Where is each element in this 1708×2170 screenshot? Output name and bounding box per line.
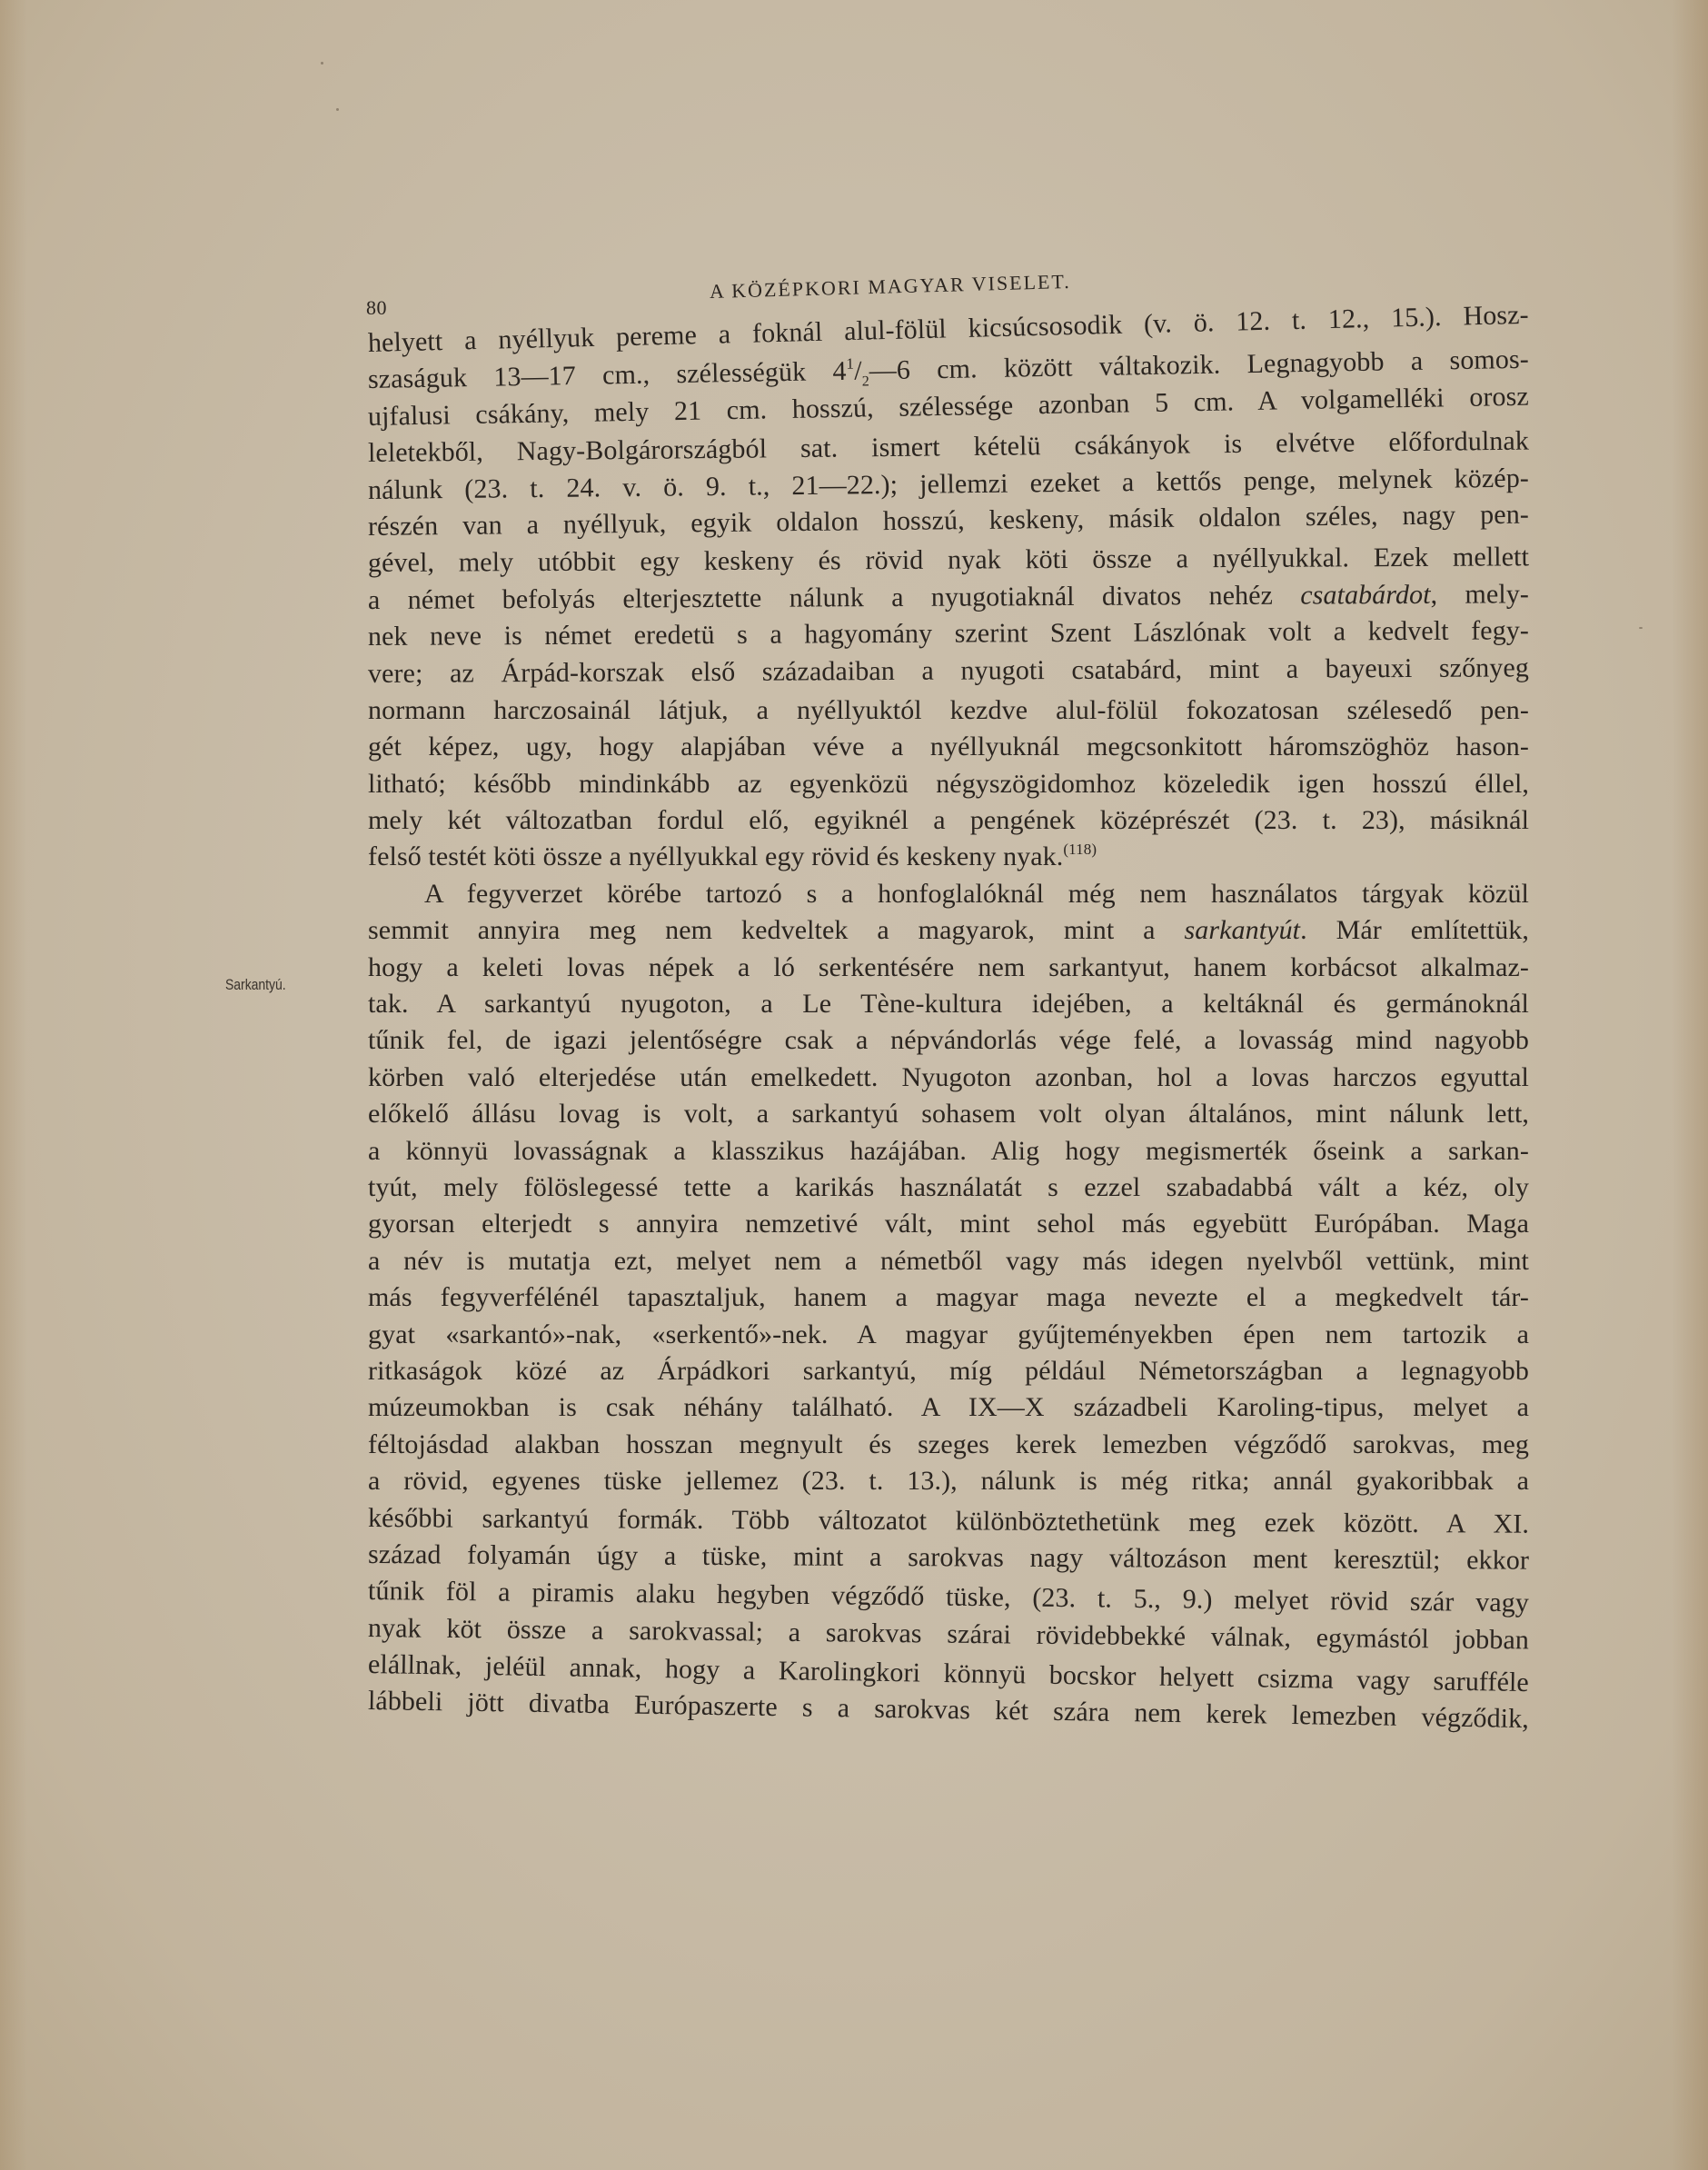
line-text: vere; az Árpád-korszak első századaiban … [368, 652, 1529, 689]
line-text: a név is mutatja ezt, melyet nem a német… [368, 1246, 1529, 1276]
text-line: múzeumokban is csak néhány található. A … [368, 1389, 1529, 1426]
text-line: más fegyverfélénél tapasztaljuk, hanem a… [368, 1279, 1529, 1316]
text-line: század folyamán úgy a tüske, mint a saro… [368, 1537, 1529, 1579]
italic-term: csatabárdot [1300, 580, 1430, 611]
line-text: a német befolyás elterjesztette nálunk a… [368, 580, 1300, 614]
line-text: ritkaságok közé az Árpádkori sarkantyú, … [368, 1356, 1529, 1386]
line-text: mely két változatban fordul elő, egyikné… [368, 805, 1529, 835]
paragraph-1: helyett a nyéllyuk pereme a foknál alul-… [368, 325, 1529, 876]
line-text: körben való elterjedése után emelkedett.… [368, 1062, 1529, 1092]
text-line: semmit annyira meg nem kedveltek a magya… [368, 912, 1529, 949]
line-text: gét képez, ugy, hogy alapjában véve a ny… [368, 732, 1529, 761]
text-line: vere; az Árpád-korszak első századaiban … [368, 650, 1529, 692]
text-line: a német befolyás elterjesztette nálunk a… [368, 576, 1529, 619]
text-line: tak. A sarkantyú nyugoton, a Le Tène-kul… [368, 986, 1529, 1022]
line-text: gyorsan elterjedt s annyira nemzetivé vá… [368, 1209, 1529, 1239]
line-text: a könnyü lovasságnak a klasszikus hazájá… [368, 1136, 1529, 1166]
text-line: a rövid, egyenes tüske jellemez (23. t. … [368, 1463, 1529, 1499]
line-text: A fegyverzet körébe tartozó s a honfogla… [424, 879, 1529, 909]
text-line: a könnyü lovasságnak a klasszikus hazájá… [368, 1133, 1529, 1170]
text-line: nek neve is német eredetü s a hagyomány … [368, 612, 1529, 655]
paper-speck [336, 108, 339, 111]
footnote-reference[interactable]: (118) [1063, 841, 1097, 858]
text-line: gével, mely utóbbit egy keskeny és rövid… [368, 540, 1529, 582]
line-text: , mely- [1431, 579, 1530, 610]
line-text: gyat «sarkantó»-nak, «serkentő»-nek. A m… [368, 1319, 1529, 1349]
text-line: gyat «sarkantó»-nak, «serkentő»-nek. A m… [368, 1317, 1529, 1353]
page-edge-shadow-left [0, 0, 27, 2170]
line-text: tűnik fel, de igazi jelentőségre csak a … [368, 1025, 1529, 1055]
line-text: litható; később mindinkább az egyenközü … [368, 769, 1529, 799]
text-line: normann harczosainál látjuk, a nyéllyukt… [368, 692, 1529, 729]
page-number: 80 [366, 296, 387, 320]
fraction-denominator: 2 [862, 374, 869, 390]
text-line: körben való elterjedése után emelkedett.… [368, 1060, 1529, 1096]
line-text: század folyamán úgy a tüske, mint a saro… [368, 1539, 1529, 1576]
text-line: felső testét köti össze a nyéllyukkal eg… [368, 839, 1529, 875]
text-line: A fegyverzet körébe tartozó s a honfogla… [368, 876, 1529, 912]
line-text: későbbi sarkantyú formák. Több változato… [368, 1503, 1529, 1539]
line-text: előkelő állásu lovag is volt, a sarkanty… [368, 1099, 1529, 1129]
line-text: szaságuk 13—17 cm., szélességük 4 [368, 356, 847, 394]
paper-speck [321, 62, 323, 65]
paper-speck [1639, 627, 1643, 629]
running-head-title: A KÖZÉPKORI MAGYAR VISELET. [710, 270, 1071, 304]
line-text: normann harczosainál látjuk, a nyéllyukt… [368, 695, 1529, 725]
margin-note: Sarkantyú. [225, 976, 286, 994]
text-line: féltojásdad alakban hosszan megnyult és … [368, 1427, 1529, 1463]
text-line: előkelő állásu lovag is volt, a sarkanty… [368, 1096, 1529, 1132]
line-text: nek neve is német eredetü s a hagyomány … [368, 615, 1529, 652]
text-line: gyorsan elterjedt s annyira nemzetivé vá… [368, 1206, 1529, 1242]
fraction-slash: / [854, 356, 862, 386]
line-text: hogy a keleti lovas népek a ló serkentés… [368, 952, 1529, 982]
page-edge-shadow-right [1672, 0, 1708, 2170]
body-text: helyett a nyéllyuk pereme a foknál alul-… [368, 325, 1529, 1720]
line-text: tak. A sarkantyú nyugoton, a Le Tène-kul… [368, 989, 1529, 1019]
paragraph-2: A fegyverzet körébe tartozó s a honfogla… [368, 876, 1529, 1720]
text-line: litható; később mindinkább az egyenközü … [368, 766, 1529, 802]
line-text: . Már említettük, [1300, 915, 1529, 945]
text-line: mely két változatban fordul elő, egyikné… [368, 802, 1529, 839]
line-text: féltojásdad alakban hosszan megnyult és … [368, 1429, 1529, 1459]
line-text: a rövid, egyenes tüske jellemez (23. t. … [368, 1466, 1529, 1496]
line-text: más fegyverfélénél tapasztaljuk, hanem a… [368, 1282, 1529, 1312]
text-line: tűnik fel, de igazi jelentőségre csak a … [368, 1022, 1529, 1059]
text-line: tyút, mely fölöslegessé tette a karikás … [368, 1170, 1529, 1206]
text-line: ritkaságok közé az Árpádkori sarkantyú, … [368, 1353, 1529, 1389]
text-line: hogy a keleti lovas népek a ló serkentés… [368, 950, 1529, 986]
text-line: a név is mutatja ezt, melyet nem a német… [368, 1243, 1529, 1279]
text-line: későbbi sarkantyú formák. Több változato… [368, 1500, 1529, 1543]
line-text: felső testét köti össze a nyéllyukkal eg… [368, 841, 1063, 871]
line-text: gével, mely utóbbit egy keskeny és rövid… [368, 542, 1529, 579]
text-line: gét képez, ugy, hogy alapjában véve a ny… [368, 729, 1529, 765]
italic-term: sarkantyút [1184, 915, 1300, 945]
line-text: tyút, mely fölöslegessé tette a karikás … [368, 1172, 1529, 1202]
line-text: semmit annyira meg nem kedveltek a magya… [368, 915, 1184, 945]
line-text: múzeumokban is csak néhány található. A … [368, 1392, 1529, 1422]
